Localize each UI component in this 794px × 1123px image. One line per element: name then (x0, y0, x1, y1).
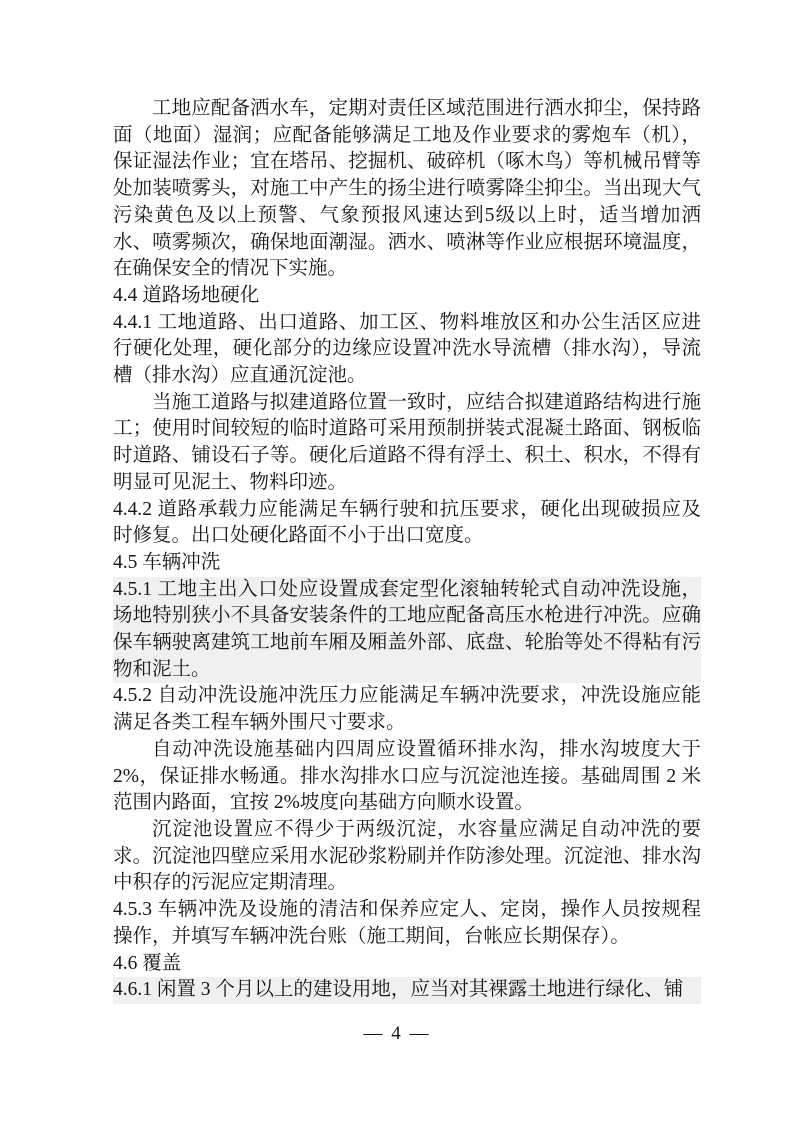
body-paragraph-drainage: 自动冲洗设施基础内四周应设置循环排水沟，排水沟坡度大于2%，保证排水畅通。排水沟… (113, 737, 701, 817)
clause-4-6-1-highlighted: 4.6.1 闲置 3 个月以上的建设用地，应当对其裸露土地进行绿化、铺 (113, 977, 701, 1004)
body-paragraph-spray-trucks: 工地应配备洒水车，定期对责任区域范围进行洒水抑尘，保持路面（地面）湿润；应配备能… (113, 96, 701, 283)
body-paragraph-temp-roads: 当施工道路与拟建道路位置一致时，应结合拟建道路结构进行施工；使用时间较短的临时道… (113, 390, 701, 497)
section-heading-4-5: 4.5 车辆冲洗 (113, 550, 701, 577)
body-paragraph-sedimentation: 沉淀池设置应不得少于两级沉淀，水容量应满足自动冲洗的要求。沉淀池四壁应采用水泥砂… (113, 817, 701, 897)
section-heading-4-4: 4.4 道路场地硬化 (113, 283, 701, 310)
section-heading-4-6: 4.6 覆盖 (113, 951, 701, 978)
clause-4-4-1: 4.4.1 工地道路、出口道路、加工区、物料堆放区和办公生活区应进行硬化处理，硬… (113, 310, 701, 390)
document-body: 工地应配备洒水车，定期对责任区域范围进行洒水抑尘，保持路面（地面）湿润；应配备能… (113, 96, 701, 1004)
clause-4-5-1-highlighted: 4.5.1 工地主出入口处应设置成套定型化滚轴转轮式自动冲洗设施，场地特别狭小不… (113, 577, 701, 684)
document-page: 工地应配备洒水车，定期对责任区域范围进行洒水抑尘，保持路面（地面）湿润；应配备能… (0, 0, 794, 1123)
clause-4-5-3: 4.5.3 车辆冲洗及设施的清洁和保养应定人、定岗，操作人员按规程操作，并填写车… (113, 897, 701, 950)
page-number: — 4 — (0, 1022, 794, 1046)
clause-4-5-2: 4.5.2 自动冲洗设施冲洗压力应能满足车辆冲洗要求，冲洗设施应能满足各类工程车… (113, 683, 701, 736)
clause-4-4-2: 4.4.2 道路承载力应能满足车辆行驶和抗压要求，硬化出现破损应及时修复。出口处… (113, 497, 701, 550)
